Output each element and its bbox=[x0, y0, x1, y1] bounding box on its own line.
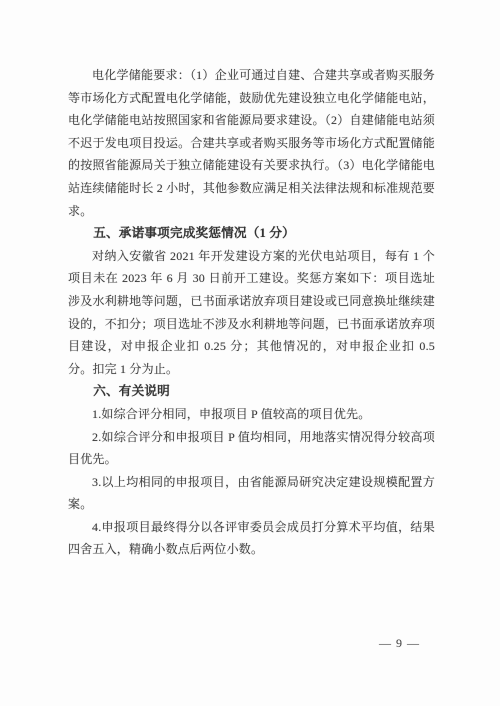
section-heading-five: 五、承诺事项完成奖惩情况（1 分） bbox=[68, 222, 435, 245]
document-body: 电化学储能要求：（1）企业可通过自建、合建共享或者购买服务等市场化方式配置电化学… bbox=[68, 64, 435, 561]
paragraph-storage-requirements: 电化学储能要求：（1）企业可通过自建、合建共享或者购买服务等市场化方式配置电化学… bbox=[68, 64, 435, 222]
note-item-3: 3.以上均相同的申报项目，由省能源局研究决定建设规模配置方案。 bbox=[68, 471, 435, 516]
note-item-1: 1.如综合评分相同，申报项目 P 值较高的项目优先。 bbox=[68, 403, 435, 426]
section-heading-six: 六、有关说明 bbox=[68, 380, 435, 403]
document-page: 电化学储能要求：（1）企业可通过自建、合建共享或者购买服务等市场化方式配置电化学… bbox=[0, 0, 500, 706]
paragraph-commitment-reward-penalty: 对纳入安徽省 2021 年开发建设方案的光伏电站项目，每有 1 个项目未在 20… bbox=[68, 245, 435, 381]
note-item-4: 4.申报项目最终得分以各评审委员会成员打分算术平均值，结果四舍五入，精确小数点后… bbox=[68, 516, 435, 561]
note-item-2: 2.如综合评分和申报项目 P 值均相同，用地落实情况得分较高项目优先。 bbox=[68, 426, 435, 471]
page-number: — 9 — bbox=[379, 636, 420, 651]
